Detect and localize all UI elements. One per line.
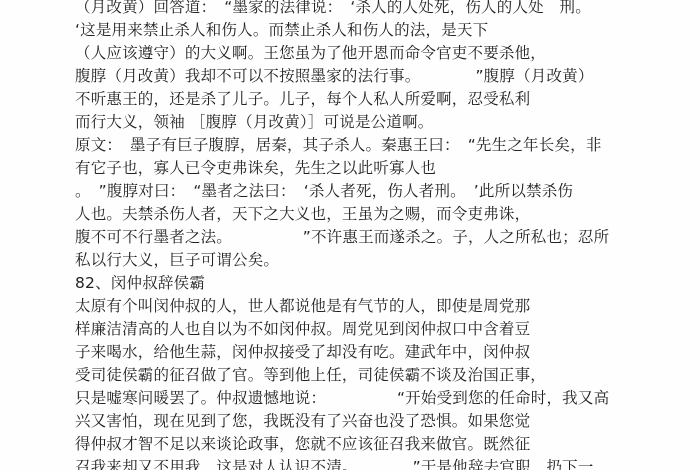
text-line: 。 ”腹朜对曰： “墨者之法曰： ‘杀人者死，伤人者刑。 ’此所以禁杀伤 (75, 181, 573, 201)
text-line: 兴又害怕，现在见到了您，我既没有了兴奋也没了恐惧。如果您觉 (75, 411, 530, 431)
text-line: （月改黄）回答道： “墨家的法律说： ‘杀人的人处死，伤人的人处 刑。 (75, 0, 591, 17)
section-heading: 82、闵仲叔辞侯霸 (75, 273, 205, 293)
text-line: （人应该遵守）的大义啊。王您虽为了他开恩而命令官吏不要杀他， (75, 43, 546, 63)
text-line: 有它子也，寡人已令吏弗诛矣，先生之以此听寡人也 (75, 158, 436, 178)
text-line: 得仲叔才智不足以来谈论政事，您就不应该征召我来做官。既然征 (75, 434, 530, 454)
text-line: ‘这是用来禁止杀人和伤人。而禁止杀人和伤人的法，是天下 (75, 20, 488, 40)
text-line: 只是嘘寒问暖罢了。仲叔遗憾地说： “开始受到您的任命时，我又高 (75, 388, 609, 408)
text-line: 腹朜（月改黄）我却不可以不按照墨家的法行事。 ”腹朜（月改黄） (75, 66, 594, 86)
text-line: 召我来却又不用我，这是对人认识不清。 ”于是他辞去官职，扔下一 (75, 457, 594, 470)
text-line: 不听惠王的，还是杀了儿子。儿子，每个人私人所爱啊，忍受私利 (75, 89, 530, 109)
text-line: 子来喝水，给他生蒜，闵仲叔接受了却没有吃。建武年中，闵仲叔 (75, 342, 530, 362)
text-line: 样廉洁清高的人也自以为不如闵仲叔。周党见到闵仲叔口中含着豆 (75, 319, 530, 339)
text-line: 私以行大义，巨子可谓公矣。 (75, 250, 279, 270)
text-line: 腹不可不行墨者之法。 ”不许惠王而遂杀之。子，人之所私也；忍所 (75, 227, 609, 247)
text-line: 人也。夫禁杀伤人者，天下之大义也，王虽为之赐，而令吏弗诛， (75, 204, 530, 224)
text-line: 受司徒侯霸的征召做了官。等到他上任，司徒侯霸不谈及治国正事， (75, 365, 546, 385)
text-line: 原文： 墨子有巨子腹朜，居秦，其子杀人。秦惠王曰： “先生之年长矣，非 (75, 135, 602, 155)
text-line: 而行大义，领袖 ［腹朜（月改黄）］可说是公道啊。 (75, 112, 433, 132)
document-page: （月改黄）回答道： “墨家的法律说： ‘杀人的人处死，伤人的人处 刑。 ‘这是用… (0, 0, 700, 470)
text-line: 太原有个叫闵仲叔的人，世人都说他是有气节的人，即使是周党那 (75, 296, 530, 316)
